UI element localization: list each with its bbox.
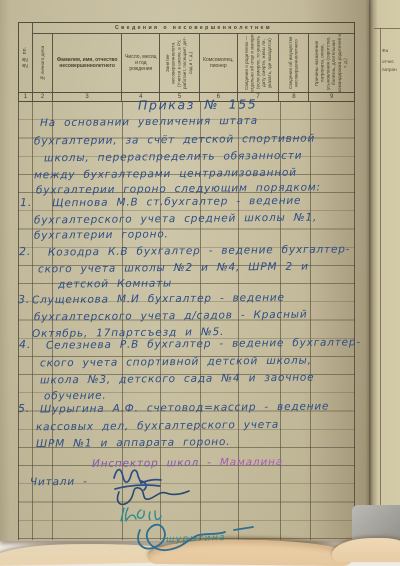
handwritten-line: ШРМ №1 и аппарата гороно. xyxy=(36,436,230,450)
next-page-rule xyxy=(374,28,400,29)
item-number: 2. xyxy=(19,245,31,258)
handwritten-line: кассовых дел, бухгалтерского учета xyxy=(36,419,279,434)
column-header-npp: №№ пп. xyxy=(19,23,33,92)
signature-3 xyxy=(121,508,161,521)
column-number: 2 xyxy=(33,93,53,101)
grid-line xyxy=(310,102,311,540)
column-header-parents: Сведения о родителях — отдельно об отце … xyxy=(238,34,280,92)
form-band-title: Сведения о несовершеннолетнем xyxy=(33,23,354,34)
column-header-occupation: Занятие несовершеннолетн. (Учится в школ… xyxy=(160,34,200,92)
torn-paper xyxy=(332,538,400,562)
column-header-label: Занятие несовершеннолетн. (Учится в школ… xyxy=(165,34,194,92)
next-page-text-fragment: отчес xyxy=(382,59,400,64)
item-number: 1. xyxy=(20,196,32,209)
next-page-text-fragment: патрон xyxy=(382,67,400,72)
scanned-document-page: { "colors":{ "paper":"#cbc2a1", "print_i… xyxy=(0,0,400,566)
column-header-file-number: № личного дела xyxy=(33,34,53,92)
item-number: 5. xyxy=(18,402,30,415)
next-page-rule xyxy=(380,28,381,547)
handwritten-line: обучение. xyxy=(44,390,107,403)
column-header-property: Сведения об имуществе несовершеннолетнег… xyxy=(279,34,309,92)
form-header-cells: № личного дела Фамилия, имя, отчество не… xyxy=(33,34,354,92)
handwritten-line: бухгалтерии гороно. xyxy=(34,228,169,241)
column-number: 3 xyxy=(53,93,123,101)
form-header-row: №№ пп. Сведения о несовершеннолетнем № л… xyxy=(18,22,355,93)
form-header-right: Сведения о несовершеннолетнем № личного … xyxy=(33,23,354,92)
column-header-komsomol: Комсомолец, пионер xyxy=(200,34,238,92)
signature-2 xyxy=(118,488,189,505)
handwritten-line: На основании увеличения штата xyxy=(40,115,258,129)
column-number: 8 xyxy=(279,93,309,101)
column-header-name: Фамилия, имя, отчество несовершеннолетне… xyxy=(53,34,123,92)
signature-4 xyxy=(138,525,253,551)
column-header-label: Сведения о родителях — отдельно об отце … xyxy=(244,34,273,92)
column-header-birthdate: Число, месяц и год рождения xyxy=(122,34,160,92)
item-number: 3. xyxy=(18,293,30,306)
signatures xyxy=(18,458,298,563)
handwritten-line: детской Комнаты xyxy=(58,277,172,290)
next-page-text-fragment: Фа xyxy=(382,48,400,53)
column-header-label: № личного дела xyxy=(40,46,46,81)
next-page-edge: Фа отчес патрон xyxy=(369,0,400,547)
column-number: 1 xyxy=(19,93,33,101)
item-number: 4. xyxy=(19,338,31,351)
column-header-label: №№ пп. xyxy=(22,47,29,68)
column-header-label: Сведения об имуществе несовершеннолетнег… xyxy=(288,34,299,92)
column-header-reasons: Причины назначения патроната, опеки, усы… xyxy=(309,34,354,92)
order-title: Приказ № 155 xyxy=(138,96,257,112)
signature-1 xyxy=(114,470,161,490)
column-number: 9 xyxy=(309,93,354,101)
column-header-label: Причины назначения патроната, опеки, усы… xyxy=(314,34,348,92)
